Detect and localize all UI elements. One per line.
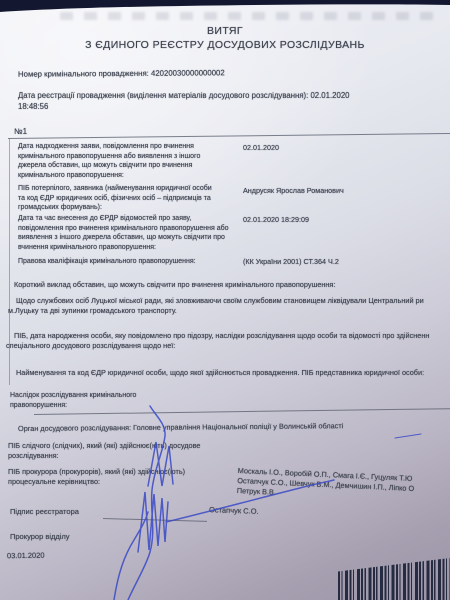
case-number-line: Номер кримінального провадження: 4202003… bbox=[18, 68, 225, 80]
registrar-name: Остапчук С.О. bbox=[209, 505, 259, 517]
summary-text: Щодо службових осіб Луцької міської ради… bbox=[8, 296, 450, 316]
investigator-label: ПІБ слідчого (слідчих), який (які) здійс… bbox=[8, 441, 450, 461]
row-label-victim-name: ПІБ потерпілого, заявника (найменування … bbox=[18, 184, 253, 213]
row-label-intake-date: Дата надходження заяви, повідомлення про… bbox=[18, 142, 253, 181]
row-label-erdr-entry-date: Дата та час внесення до ЄРДР відомостей … bbox=[18, 214, 253, 253]
row-value-intake-date: 02.01.2020 bbox=[243, 143, 279, 153]
document-subtitle: З ЄДИНОГО РЕЄСТРУ ДОСУДОВИХ РОЗСЛІДУВАНЬ bbox=[0, 38, 450, 52]
document-photo: ВИТЯГ З ЄДИНОГО РЕЄСТРУ ДОСУДОВИХ РОЗСЛІ… bbox=[0, 0, 450, 600]
suspect-section: ПІБ, дата народження особи, яку повідомл… bbox=[6, 331, 450, 351]
registrar-position: Прокурор відділу bbox=[10, 532, 70, 542]
record-number: №1 bbox=[14, 126, 27, 137]
summary-heading: Короткий виклад обставин, що можуть свід… bbox=[14, 280, 450, 290]
signature-line bbox=[103, 518, 207, 522]
row-value-legal-qualification: (КК України 2001) СТ.364 Ч.2 bbox=[243, 257, 339, 267]
registration-date-line: Дата реєстрації провадження (виділення м… bbox=[18, 91, 443, 113]
ink-bleed-strip bbox=[60, 12, 440, 20]
row-value-erdr-entry-date: 02.01.2020 18:29:09 bbox=[243, 215, 309, 225]
outcome-section: Наслідок розслідування кримінального пра… bbox=[10, 391, 245, 410]
issue-date: 03.01.2020 bbox=[7, 551, 45, 562]
investigation-body-line: Орган досудового розслідування: Головне … bbox=[18, 420, 450, 434]
row-label-legal-qualification: Правова кваліфікація кримінального право… bbox=[18, 257, 253, 267]
divider-under-record-number bbox=[8, 133, 450, 139]
document-title: ВИТЯГ bbox=[0, 24, 450, 38]
barcode bbox=[338, 558, 450, 600]
row-value-victim-name: Андрусяк Ярослав Романович bbox=[243, 186, 344, 196]
registrar-signature-label: Підпис реєстратора bbox=[10, 507, 79, 517]
legal-entity-section: Найменування та код ЄДР юридичної особи,… bbox=[10, 368, 450, 378]
